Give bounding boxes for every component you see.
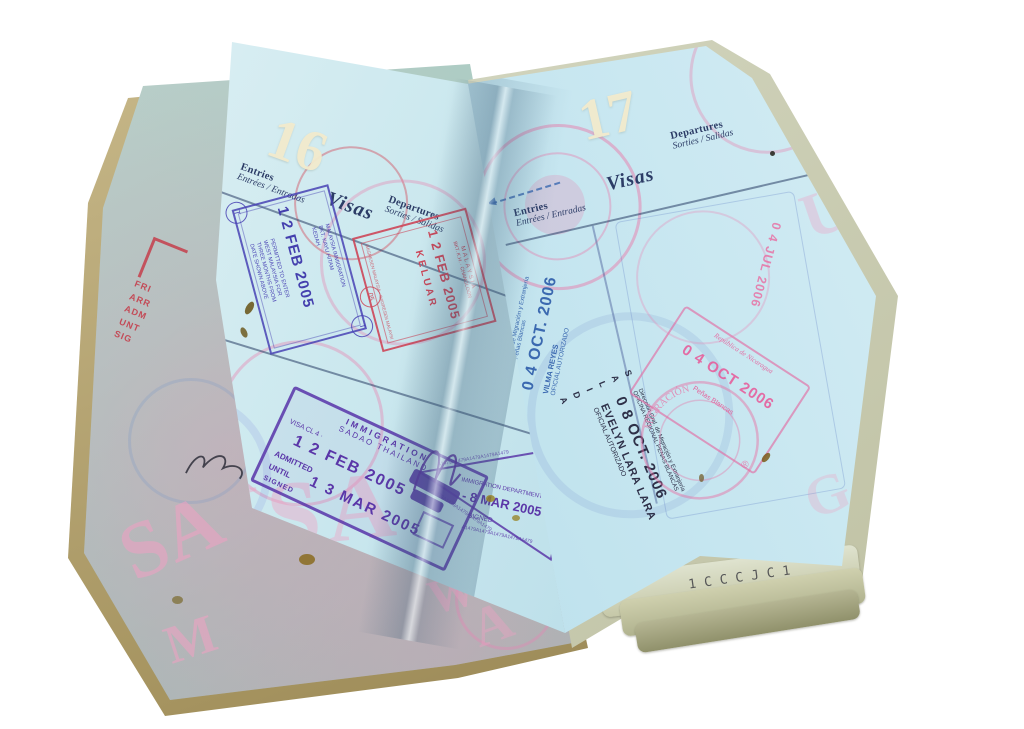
stain	[486, 495, 495, 502]
departures-header: Departures Sorties / Salidas	[669, 117, 734, 151]
migracion-seal-word: MIGRACIÓN	[636, 383, 697, 433]
stain	[770, 151, 775, 156]
registered-mark: ®	[740, 459, 750, 472]
svg-text:MIGRACIÓN: MIGRACIÓN	[636, 383, 697, 433]
photo-open-passport: FRI ARR ADM UNT SIG SA M W A	[0, 0, 1024, 729]
stain	[512, 515, 520, 521]
stain	[699, 474, 704, 482]
stain	[299, 554, 315, 565]
stain	[172, 596, 183, 604]
